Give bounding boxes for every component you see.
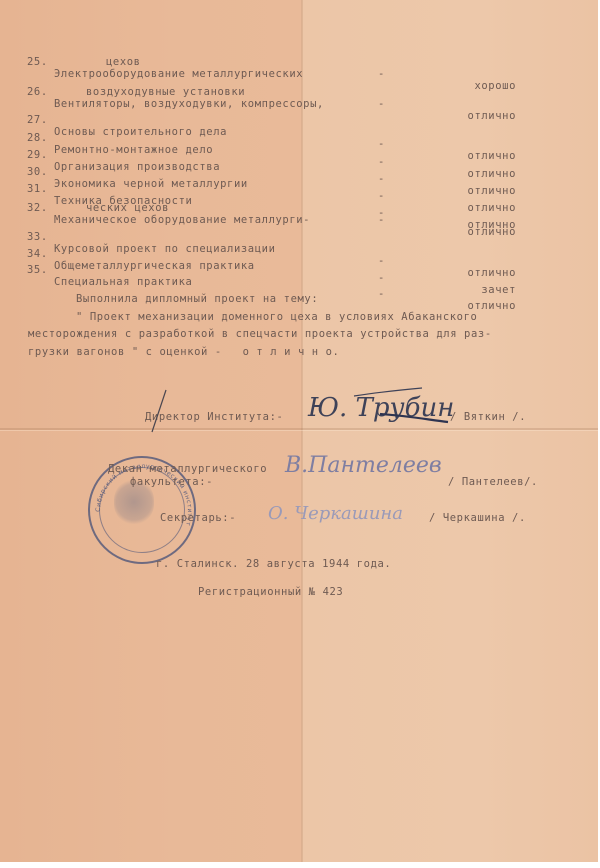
dash: - [378,288,385,300]
grade-row: - хорошо [0,56,598,68]
grade-row: - отлично [0,86,598,98]
secretary-label: Секретарь:- [160,512,236,524]
subject-name: Специальная практика [54,276,192,288]
horizontal-fold-highlight [0,430,598,431]
subject-row: 34. Общеметаллургическая практика - заче… [0,236,598,248]
grade-row: - отлично [0,202,598,214]
document-page: 25. Электрооборудование металлургических… [0,0,598,862]
subject-row: 30. Экономика черной металлургии - отлич… [0,154,598,166]
registration-number: Регистрационный № 423 [198,586,343,598]
dean-label-line-2: факультета:- [130,476,213,488]
project-title-line-1: " Проект механизации доменного цеха в ус… [76,311,477,323]
project-title-line-2: месторождения с разработкой в спецчасти … [28,328,492,340]
subject-row: 31. Техника безопасности - отлично [0,171,598,183]
subject-list: 25. Электрооборудование металлургических… [0,0,598,280]
project-intro: Выполнила дипломный проект на тему: [76,293,318,305]
subject-row: 33. Курсовой проект по специализации - о… [0,219,598,231]
subject-row: 32. Механическое оборудование металлурги… [0,190,598,202]
subject-row: 35. Специальная практика - отлично [0,252,598,264]
dean-signature: В.Пантелеев [285,453,442,478]
place-and-date: г. Сталинск. 28 августа 1944 года. [156,558,391,570]
dean-label-line-1: Декан металлургического [108,463,267,475]
subject-row: 29. Организация производства - отлично [0,137,598,149]
subject-number: 35. [27,264,48,276]
dash: - [378,272,385,284]
director-signature-flourish [350,386,450,436]
subject-row: 26. Вентиляторы, воздуходувки, компрессо… [0,74,598,86]
subject-row: 28. Ремонтно-монтажное дело - отлично [0,120,598,132]
director-pencil-stroke [148,388,172,434]
secretary-signature: О. Черкашина [268,503,403,524]
subject-grade: зачет [481,284,516,296]
director-name: / Вяткин /. [450,411,526,423]
dean-name: / Пантелеев/. [448,476,538,488]
secretary-name: / Черкашина /. [429,512,526,524]
subject-grade: отлично [468,267,516,279]
project-title-line-3: грузки вагонов " с оценкой - о т л и ч н… [28,346,339,358]
subject-row: 27. Основы строительного дела - отлично [0,102,598,114]
subject-row: 25. Электрооборудование металлургических… [0,44,598,56]
